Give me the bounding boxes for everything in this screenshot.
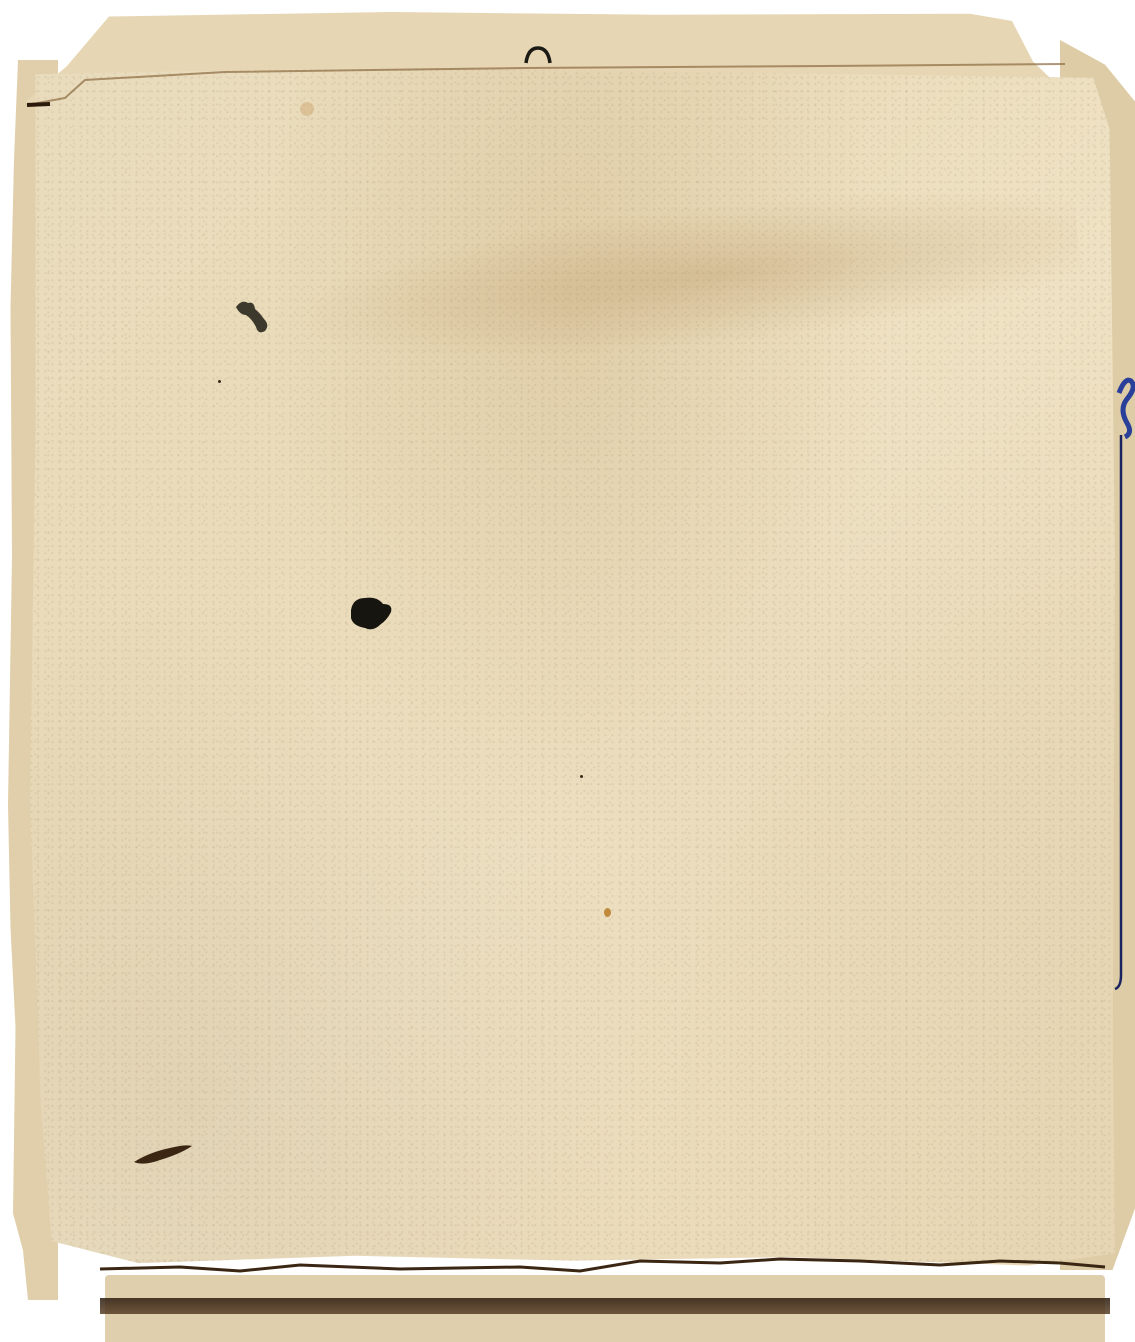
paper-page [30,68,1115,1290]
top-fold-line [25,60,1085,110]
stain-spot [300,102,314,116]
dirt-speck [218,380,221,383]
arch-ink-mark [522,44,554,66]
ink-splotch-small [230,295,280,340]
rust-speck [604,908,611,917]
ink-blot-large [343,592,398,637]
page-gap-shadow [100,1298,1110,1314]
paper-tear-mark [130,1140,200,1170]
binding-thread [1113,375,1135,1025]
bottom-torn-edge [100,1255,1110,1275]
dirt-speck [580,775,583,778]
scanned-document [0,0,1135,1342]
